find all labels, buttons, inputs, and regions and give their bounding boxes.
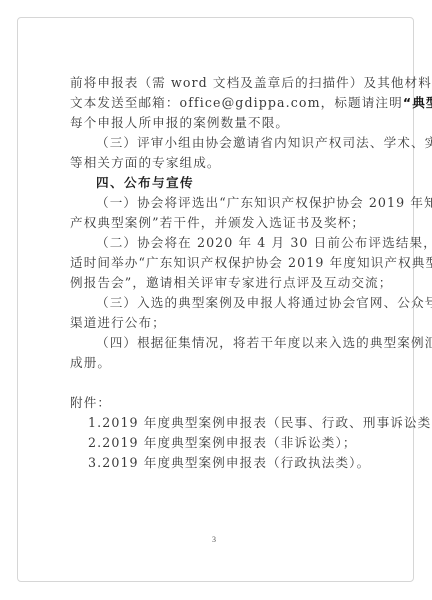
publicity-item-4-line-1: （四）根据征集情况，将若干年度以来入选的典型案例汇编 xyxy=(70,333,366,353)
panel-line-2: 等相关方面的专家组成。 xyxy=(70,153,366,173)
attachment-item-3: 3.2019 年度典型案例申报表（行政执法类）。 xyxy=(70,453,366,473)
publicity-item-3-line-1: （三）入选的典型案例及申报人将通过协会官网、公众号等 xyxy=(70,293,366,313)
spacer xyxy=(70,373,366,393)
attachment-item-1: 1.2019 年度典型案例申报表（民事、行政、刑事诉讼类）； xyxy=(70,413,366,433)
quote-open: “ xyxy=(403,95,412,110)
panel-line-1: （三）评审小组由协会邀请省内知识产权司法、学术、实务 xyxy=(70,133,366,153)
submission-email-text: 文本发送至邮箱：office@gdippa.com，标题请注明 xyxy=(70,95,403,110)
publicity-item-1-line-2: 产权典型案例”若干件，并颁发入选证书及奖杯； xyxy=(70,213,366,233)
typical-case-emphasis: 典型案例 xyxy=(412,95,432,110)
document-body: 前将申报表（需 word 文档及盖章后的扫描件）及其他材料电子 文本发送至邮箱：… xyxy=(70,73,366,473)
publicity-item-2-line-2: 适时间举办“广东知识产权保护协会 2019 年度知识产权典型案 xyxy=(70,253,366,273)
submission-line-3: 每个申报人所申报的案例数量不限。 xyxy=(70,113,366,133)
submission-line-1: 前将申报表（需 word 文档及盖章后的扫描件）及其他材料电子 xyxy=(70,73,366,93)
section-heading-publicity: 四、公布与宣传 xyxy=(70,173,366,193)
submission-line-2: 文本发送至邮箱：office@gdippa.com，标题请注明“典型案例”。 xyxy=(70,93,366,113)
publicity-item-2-line-1: （二）协会将在 2020 年 4 月 30 日前公布评选结果，并在合 xyxy=(70,233,366,253)
publicity-item-3-line-2: 渠道进行公布； xyxy=(70,313,366,333)
page-number: 3 xyxy=(212,535,216,544)
publicity-item-1-line-1: （一）协会将评选出“广东知识产权保护协会 2019 年知识 xyxy=(70,193,366,213)
attachments-label: 附件： xyxy=(70,393,366,413)
attachment-item-2: 2.2019 年度典型案例申报表（非诉讼类）； xyxy=(70,433,366,453)
publicity-item-2-line-3: 例报告会”，邀请相关评审专家进行点评及互动交流； xyxy=(70,273,366,293)
publicity-item-4-line-2: 成册。 xyxy=(70,353,366,373)
